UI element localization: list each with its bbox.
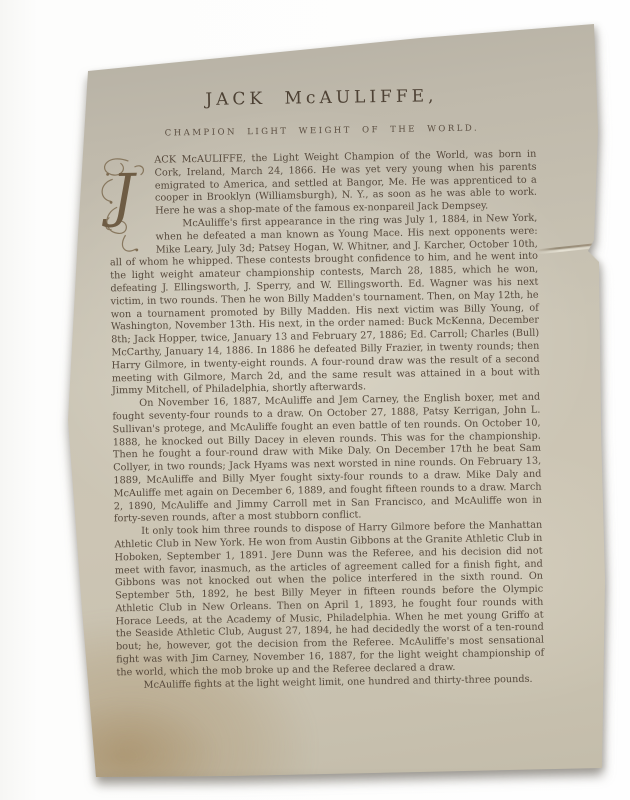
paragraph-1: J ACK McAULIFFE, the Light Weight Champi… [108,149,537,220]
paper-shadow: JACK McAULIFFE, CHAMPION LIGHT WEIGHT OF… [0,0,630,800]
paragraph-2: McAuliffe's first appearance in the ring… [109,213,540,399]
page-title: JACK McAULIFFE, [107,85,535,112]
drop-cap-flourish-icon: J [94,153,154,256]
paragraph-1-text: ACK McAULIFFE, the Light Weight Champion… [154,149,537,217]
water-stain-small [70,700,220,795]
body-text: J ACK McAULIFFE, the Light Weight Champi… [108,149,544,693]
drop-cap-letter: J [101,161,138,230]
ornate-drop-cap: J [100,157,147,250]
paragraph-5: McAuliffe fights at the light weight lim… [117,673,545,693]
water-stain-large [62,615,312,800]
paper-tear-highlight [536,246,602,255]
paragraph-4: It only took him three rounds to dispose… [114,520,544,680]
page-subtitle: CHAMPION LIGHT WEIGHT OF THE WORLD. [108,123,536,140]
photo-background: JACK McAULIFFE, CHAMPION LIGHT WEIGHT OF… [0,0,630,800]
paper-sheet: JACK McAULIFFE, CHAMPION LIGHT WEIGHT OF… [0,0,630,800]
paper-tear [536,243,602,252]
paragraph-3: On November 16, 1887, McAuliffe and Jem … [112,392,542,527]
printed-page-content: JACK McAULIFFE, CHAMPION LIGHT WEIGHT OF… [107,85,544,693]
